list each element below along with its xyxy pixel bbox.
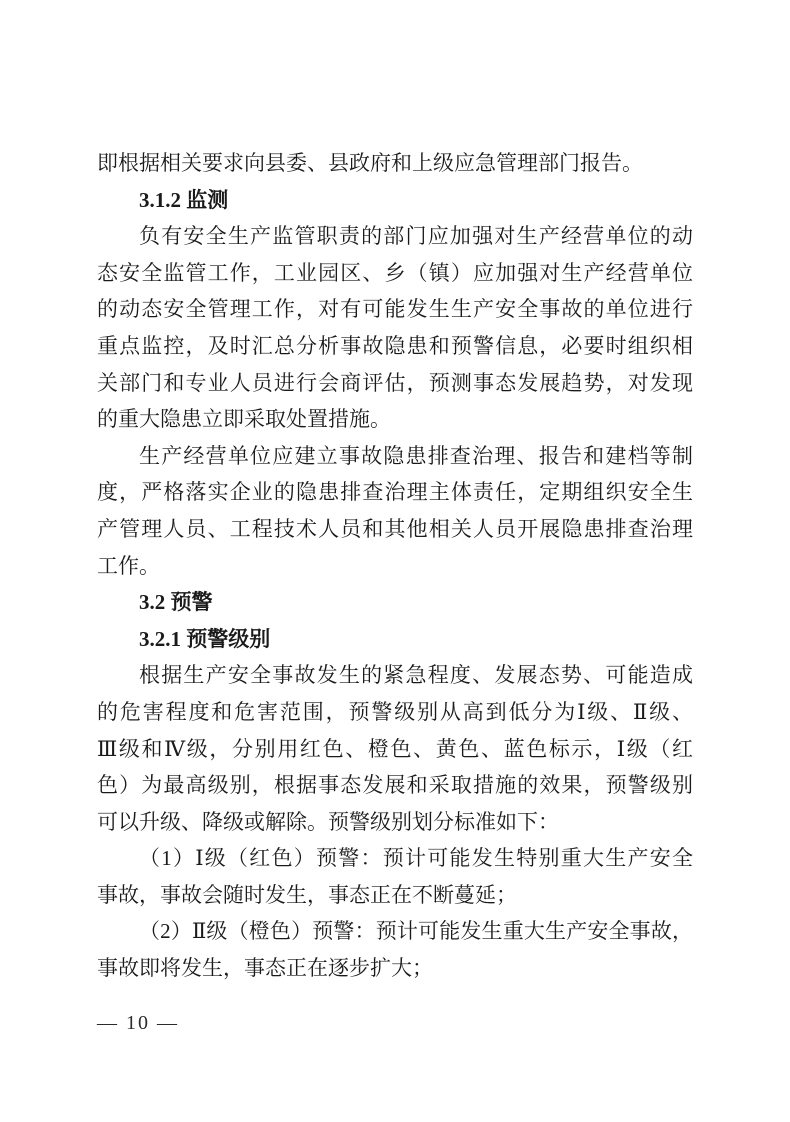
body-text-line: 负有安全生产监管职责的部门应加强对生产经营单位的动 — [97, 218, 693, 255]
section-heading: 3.2.1 预警级别 — [97, 621, 693, 658]
body-text-line: 的危害程度和危害范围，预警级别从高到低分为Ⅰ级、Ⅱ级、 — [97, 694, 693, 731]
body-text-line: 的重大隐患立即采取处置措施。 — [97, 401, 693, 438]
section-heading: 3.1.2 监测 — [97, 182, 693, 219]
section-heading: 3.2 预警 — [97, 584, 693, 621]
body-text-line: 工作。 — [97, 548, 693, 585]
body-text-line: 色）为最高级别，根据事态发展和采取措施的效果，预警级别 — [97, 767, 693, 804]
body-text-line: 事故即将发生，事态正在逐步扩大； — [97, 950, 693, 987]
body-text-line: Ⅲ级和Ⅳ级，分别用红色、橙色、黄色、蓝色标示，Ⅰ级（红 — [97, 731, 693, 768]
body-text-line: （2）Ⅱ级（橙色）预警：预计可能发生重大生产安全事故， — [97, 913, 693, 950]
body-text-line: 即根据相关要求向县委、县政府和上级应急管理部门报告。 — [97, 145, 693, 182]
body-text-line: 态安全监管工作，工业园区、乡（镇）应加强对生产经营单位 — [97, 255, 693, 292]
document-page: 即根据相关要求向县委、县政府和上级应急管理部门报告。3.1.2 监测负有安全生产… — [0, 0, 790, 1122]
body-text-line: 可以升级、降级或解除。预警级别划分标准如下： — [97, 804, 693, 841]
body-text-line: 的动态安全管理工作，对有可能发生生产安全事故的单位进行 — [97, 291, 693, 328]
body-text-line: 关部门和专业人员进行会商评估，预测事态发展趋势，对发现 — [97, 365, 693, 402]
body-text-line: （1）Ⅰ级（红色）预警：预计可能发生特别重大生产安全 — [97, 840, 693, 877]
page-number: — 10 — — [97, 1012, 179, 1035]
body-text-line: 根据生产安全事故发生的紧急程度、发展态势、可能造成 — [97, 657, 693, 694]
body-text-line: 度，严格落实企业的隐患排查治理主体责任，定期组织安全生 — [97, 474, 693, 511]
body-text-line: 产管理人员、工程技术人员和其他相关人员开展隐患排查治理 — [97, 511, 693, 548]
body-text-line: 事故，事故会随时发生，事态正在不断蔓延； — [97, 877, 693, 914]
document-lines: 即根据相关要求向县委、县政府和上级应急管理部门报告。3.1.2 监测负有安全生产… — [97, 145, 693, 987]
body-text-line: 生产经营单位应建立事故隐患排查治理、报告和建档等制 — [97, 438, 693, 475]
body-text-line: 重点监控，及时汇总分析事故隐患和预警信息，必要时组织相 — [97, 328, 693, 365]
